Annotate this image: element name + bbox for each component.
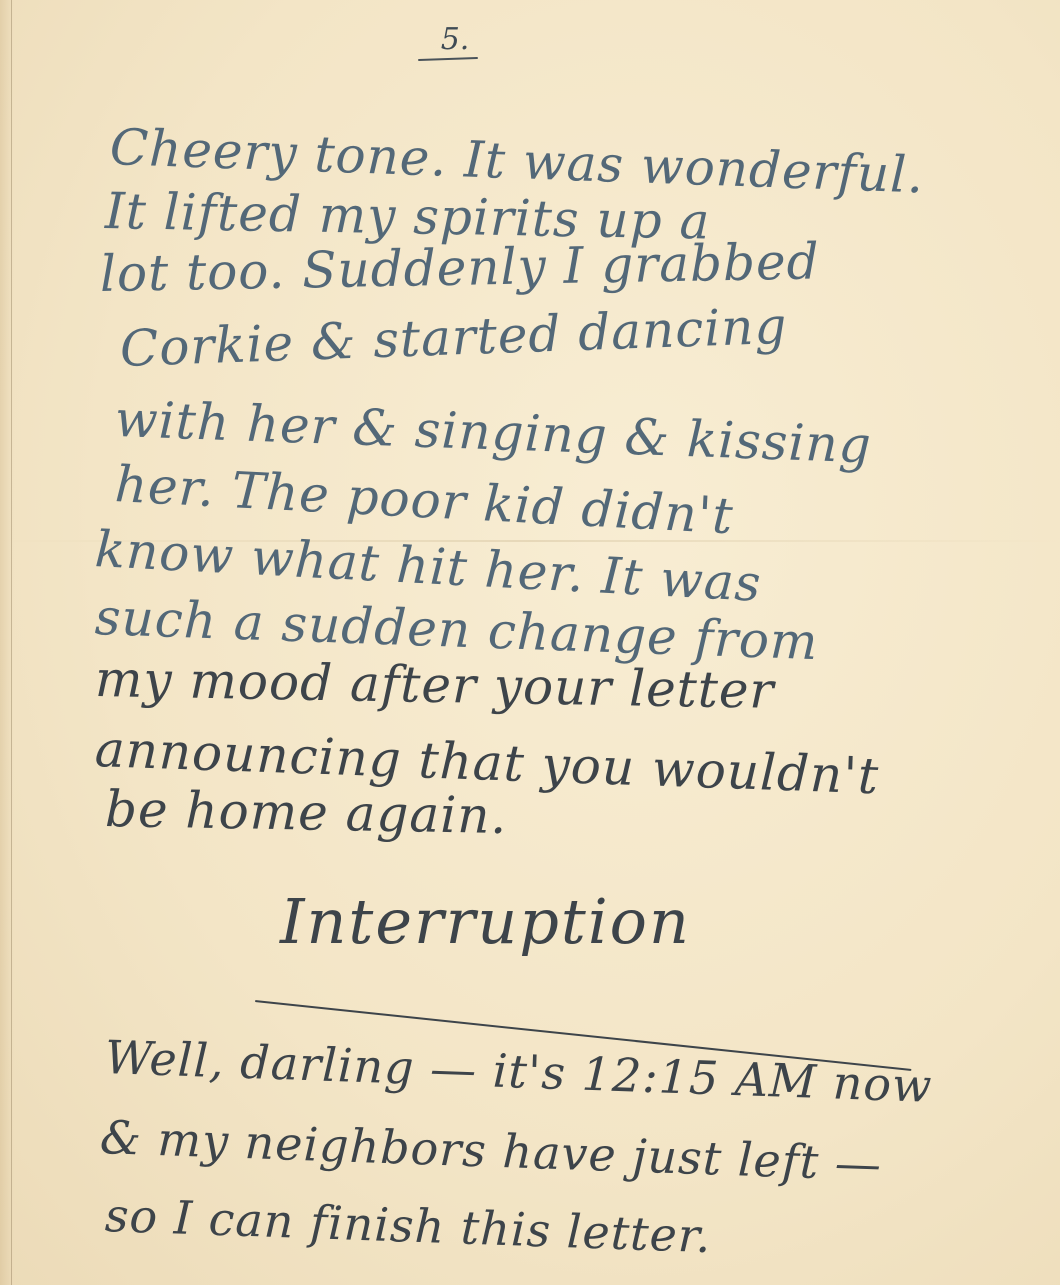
closing-line-1: Well, darling — it's 12:15 AM now (104, 1030, 933, 1113)
closing-line-3: so I can finish this letter. (104, 1188, 712, 1263)
body-line-11: be home again. (104, 780, 507, 845)
paper-edge (11, 0, 12, 1285)
body-line-3: lot too. Suddenly I grabbed (99, 232, 820, 303)
letter-page: 5. Cheery tone. It was wonderful. It lif… (0, 0, 1060, 1285)
body-line-4: Corkie & started dancing (119, 297, 788, 378)
body-line-9: my mood after your letter (94, 650, 774, 720)
page-number-underline (418, 57, 478, 61)
page-number: 5. (430, 22, 480, 57)
interruption-heading: Interruption (280, 885, 691, 958)
closing-line-2: & my neighbors have just left — (99, 1110, 883, 1191)
